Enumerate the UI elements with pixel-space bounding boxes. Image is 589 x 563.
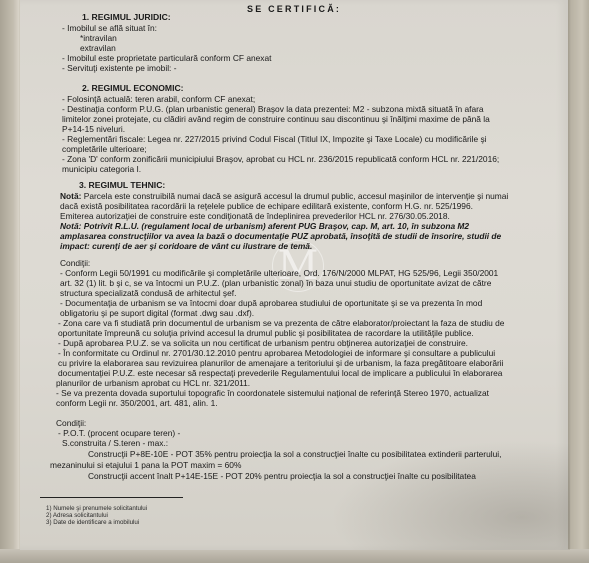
note-text: Parcela este construibilă numai dacă se …	[81, 191, 508, 201]
note-label: Notă:	[60, 191, 81, 201]
text-line: completările ulterioare;	[62, 144, 147, 155]
section-heading-regim-juridic: 1. REGIMUL JURIDIC:	[82, 12, 171, 23]
text-line: - Servituţi existente pe imobil: -	[62, 63, 177, 74]
text-line: - Reglementări fiscale: Legea nr. 227/20…	[62, 134, 487, 145]
italic-note-line: Notă: Potrivit R.L.U. (regulament local …	[60, 221, 469, 232]
pot-line: Construcţii P+8E-10E - POT 35% pentru pr…	[88, 449, 501, 460]
condition-line: - Se va prezenta dovada suportului topog…	[56, 388, 489, 399]
condition-line: conform Legii nr. 350/2001, art. 481, al…	[56, 398, 218, 409]
text-line: - Imobilul se află situat în:	[62, 23, 157, 34]
section-heading-regim-economic: 2. REGIMUL ECONOMIC:	[82, 83, 184, 94]
condition-line: cu privire la elaborarea sau revizuirea …	[58, 358, 504, 369]
document-title: SE CERTIFICĂ:	[247, 4, 341, 15]
conditions-label: Condiţii:	[56, 418, 86, 429]
condition-line: - Documentaţia de urbanism se va întocmi…	[60, 298, 482, 309]
condition-line: oportunitate împreună cu soluţia privind…	[58, 328, 474, 339]
condition-line: planurilor de urbanism aprobat cu HCL nr…	[56, 378, 250, 389]
text-line: municipiu categoria I.	[62, 164, 141, 175]
footnote-divider	[40, 497, 183, 498]
text-line: dacă există posibilitatea racordării la …	[60, 201, 473, 212]
text-line: limitelor zonei protejate, cu clădiri av…	[62, 114, 490, 125]
footnote: 3) Date de identificare a imobilului	[46, 519, 139, 526]
text-line: Notă: Parcela este construibilă numai da…	[60, 191, 508, 202]
text-line: *intravilan	[80, 33, 117, 44]
text-line: - Imobilul este proprietate particulară …	[62, 53, 271, 64]
pot-line: - P.O.T. (procent ocupare teren) -	[58, 428, 180, 439]
pot-line: S.construita / S.teren - max.:	[62, 438, 168, 449]
condition-line: documentaţiei P.U.Z. este necesar să res…	[58, 368, 502, 379]
pot-line: Construcţii accent înalt P+14E-15E - POT…	[88, 471, 476, 482]
italic-note-line: impact: curenţi de aer şi coridoare de v…	[60, 241, 312, 252]
condition-line: art. 32 (1) lit. b şi c, se va întocmi u…	[60, 278, 491, 289]
condition-line: - Zona care va fi studiată prin document…	[58, 318, 504, 329]
desk-background-left	[0, 0, 22, 563]
text-line: - Zona 'D' conform zonificării municipiu…	[62, 154, 499, 165]
text-line: P+14-15 niveluri.	[62, 124, 125, 135]
condition-line: structura specializată condusă de arhite…	[60, 288, 236, 299]
desk-background-right	[565, 0, 589, 563]
text-line: Emiterea autorizaţiei de construire este…	[60, 211, 450, 222]
text-line: - Destinaţia conform P.U.G. (plan urbani…	[62, 104, 484, 115]
section-heading-regim-tehnic: 3. REGIMUL TEHNIC:	[79, 180, 165, 191]
text-line: extravilan	[80, 43, 116, 54]
pot-line: mezaninului si etajului 1 pana la POT ma…	[50, 460, 241, 471]
italic-note-line: amplasarea construcţiilor va avea la baz…	[60, 231, 501, 242]
desk-background-bottom	[0, 549, 589, 563]
condition-line: obligatoriu şi pe suport digital (format…	[60, 308, 254, 319]
condition-line: - După aprobarea P.U.Z. se va solicita u…	[58, 338, 468, 349]
condition-line: - Conform Legii 50/1991 cu modificările …	[60, 268, 498, 279]
condition-line: - În conformitate cu Ordinul nr. 2701/30…	[58, 348, 495, 359]
conditions-label: Condiţii:	[60, 258, 90, 269]
text-line: - Folosinţă actuală: teren arabil, confo…	[62, 94, 255, 105]
